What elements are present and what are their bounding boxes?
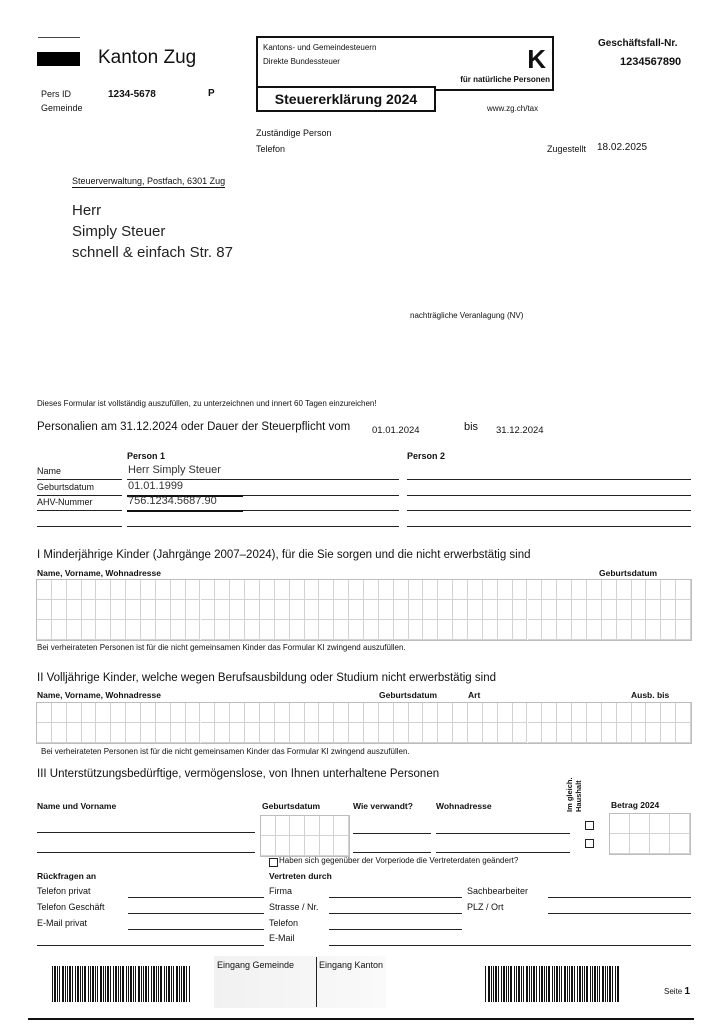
grid-cell[interactable] [230,703,245,723]
tax-type-line2: Direkte Bundessteuer [263,57,340,66]
grid-cell[interactable] [438,703,453,723]
grid-cell[interactable] [661,620,676,640]
grid-cell[interactable] [483,600,498,620]
grid-cell[interactable] [126,620,141,640]
household-checkbox-2[interactable] [585,839,594,848]
grid-cell[interactable] [587,723,602,743]
grid-cell[interactable] [453,703,468,723]
section3-address-field-1[interactable] [436,833,570,834]
grid-cell[interactable] [438,600,453,620]
grid-cell[interactable] [230,620,245,640]
grid-cell[interactable] [305,723,320,743]
grid-cell[interactable] [423,723,438,743]
grid-cell[interactable] [617,723,632,743]
grid-cell[interactable] [498,600,513,620]
grid-cell[interactable] [364,600,379,620]
grid-cell[interactable] [632,600,647,620]
grid-cell[interactable] [126,703,141,723]
grid-cell[interactable] [483,620,498,640]
email-private-field[interactable] [128,929,264,930]
grid-cell[interactable] [334,836,349,856]
grid-cell[interactable] [260,723,275,743]
grid-cell[interactable] [276,836,291,856]
grid-cell[interactable] [201,703,216,723]
grid-cell[interactable] [617,620,632,640]
representative-changed-checkbox[interactable] [269,858,278,867]
grid-cell[interactable] [334,620,349,640]
grid-cell[interactable] [290,620,305,640]
grid-cell[interactable] [394,723,409,743]
grid-cell[interactable] [468,703,483,723]
section2-children-grid[interactable] [36,702,692,744]
grid-cell[interactable] [37,723,52,743]
grid-cell[interactable] [67,620,82,640]
grid-cell[interactable] [602,703,617,723]
grid-cell[interactable] [156,600,171,620]
grid-cell[interactable] [557,600,572,620]
grid-cell[interactable] [230,600,245,620]
grid-cell[interactable] [171,703,186,723]
grid-cell[interactable] [670,814,690,834]
grid-cell[interactable] [661,703,676,723]
grid-cell[interactable] [215,600,230,620]
section3-col-relation: Wie verwandt? [353,801,413,811]
grid-cell[interactable] [111,600,126,620]
barcode-bar [72,966,73,1002]
grid-cell[interactable] [171,600,186,620]
grid-cell[interactable] [513,600,528,620]
grid-cell[interactable] [245,600,260,620]
assessment-note: nachträgliche Veranlagung (NV) [410,311,523,320]
grid-cell[interactable] [334,703,349,723]
grid-cell[interactable] [96,703,111,723]
grid-cell[interactable] [572,600,587,620]
grid-cell[interactable] [215,723,230,743]
grid-cell[interactable] [349,580,364,600]
person1-field[interactable]: 01.01.1999 [128,480,183,492]
grid-cell[interactable] [650,814,670,834]
grid-cell[interactable] [423,703,438,723]
company-field[interactable] [329,897,462,898]
grid-cell[interactable] [557,580,572,600]
grid-cell[interactable] [230,723,245,743]
grid-cell[interactable] [409,703,424,723]
grid-cell[interactable] [587,600,602,620]
grid-cell[interactable] [334,723,349,743]
grid-cell[interactable] [334,816,349,836]
grid-cell[interactable] [617,580,632,600]
barcode-bar [179,966,180,1002]
grid-cell[interactable] [37,600,52,620]
grid-cell[interactable] [245,723,260,743]
grid-cell[interactable] [364,723,379,743]
section3-address-field-2[interactable] [436,852,570,853]
grid-cell[interactable] [171,580,186,600]
grid-cell[interactable] [632,723,647,743]
grid-cell[interactable] [261,816,276,836]
grid-cell[interactable] [513,723,528,743]
grid-cell[interactable] [141,620,156,640]
grid-cell[interactable] [96,723,111,743]
grid-cell[interactable] [676,723,691,743]
grid-cell[interactable] [290,600,305,620]
grid-cell[interactable] [610,814,630,834]
person1-field[interactable]: Herr Simply Steuer [128,464,221,476]
grid-cell[interactable] [572,703,587,723]
grid-cell[interactable] [141,703,156,723]
grid-cell[interactable] [542,620,557,640]
clerk-field[interactable] [548,897,691,898]
grid-cell[interactable] [245,620,260,640]
grid-cell[interactable] [646,703,661,723]
grid-cell[interactable] [290,836,305,856]
page-number: 1 [684,986,690,997]
barcode-bar [105,966,106,1002]
grid-cell[interactable] [111,703,126,723]
grid-cell[interactable] [290,580,305,600]
grid-cell[interactable] [260,703,275,723]
grid-cell[interactable] [275,600,290,620]
pers-id-suffix: P [208,88,215,99]
grid-cell[interactable] [394,600,409,620]
grid-cell[interactable] [171,723,186,743]
grid-cell[interactable] [126,723,141,743]
barcode-bar [126,966,127,1002]
grid-cell[interactable] [513,620,528,640]
grid-cell[interactable] [602,620,617,640]
grid-cell[interactable] [409,620,424,640]
grid-cell[interactable] [572,580,587,600]
grid-cell[interactable] [632,703,647,723]
section1-title: I Minderjährige Kinder (Jahrgänge 2007–2… [37,549,531,561]
grid-cell[interactable] [438,580,453,600]
grid-cell[interactable] [394,620,409,640]
grid-cell[interactable] [483,723,498,743]
barcode-bar [82,966,83,1002]
grid-cell[interactable] [186,620,201,640]
section3-birth-grid[interactable] [260,815,350,857]
grid-cell[interactable] [67,600,82,620]
grid-cell[interactable] [453,620,468,640]
grid-cell[interactable] [468,580,483,600]
grid-cell[interactable] [52,723,67,743]
grid-cell[interactable] [557,620,572,640]
section3-relation-field-1[interactable] [353,833,431,834]
grid-cell[interactable] [334,580,349,600]
phone-private-field[interactable] [128,897,264,898]
grid-cell[interactable] [201,620,216,640]
grid-cell[interactable] [201,580,216,600]
grid-cell[interactable] [498,620,513,640]
grid-cell[interactable] [676,600,691,620]
section3-name-field-1[interactable] [37,832,255,833]
grid-cell[interactable] [438,620,453,640]
section3-name-field-2[interactable] [37,852,255,853]
grid-cell[interactable] [215,620,230,640]
grid-cell[interactable] [156,703,171,723]
grid-cell[interactable] [423,600,438,620]
grid-cell[interactable] [319,600,334,620]
phone-business-field[interactable] [128,913,264,914]
barcode-bar [176,966,178,1002]
grid-cell[interactable] [305,703,320,723]
grid-cell[interactable] [67,723,82,743]
grid-cell[interactable] [528,723,543,743]
grid-cell[interactable] [513,580,528,600]
grid-cell[interactable] [646,600,661,620]
grid-cell[interactable] [319,703,334,723]
grid-cell[interactable] [587,703,602,723]
grid-cell[interactable] [319,723,334,743]
grid-cell[interactable] [632,620,647,640]
grid-cell[interactable] [96,600,111,620]
grid-cell[interactable] [201,723,216,743]
grid-cell[interactable] [650,834,670,854]
tax-period-from[interactable]: 01.01.2024 [372,425,420,436]
grid-cell[interactable] [557,703,572,723]
person2-field[interactable] [407,510,691,511]
grid-cell[interactable] [156,620,171,640]
grid-cell[interactable] [349,620,364,640]
grid-cell[interactable] [201,600,216,620]
grid-cell[interactable] [186,580,201,600]
grid-cell[interactable] [542,723,557,743]
grid-cell[interactable] [617,600,632,620]
grid-cell[interactable] [305,816,320,836]
grid-cell[interactable] [215,580,230,600]
grid-cell[interactable] [453,723,468,743]
grid-cell[interactable] [676,620,691,640]
grid-cell[interactable] [498,723,513,743]
grid-cell[interactable] [82,620,97,640]
grid-cell[interactable] [438,723,453,743]
gemeinde-label: Gemeinde [41,103,83,113]
grid-cell[interactable] [260,620,275,640]
grid-cell[interactable] [617,703,632,723]
section3-amount-grid[interactable] [609,813,691,855]
grid-cell[interactable] [364,580,379,600]
grid-cell[interactable] [676,580,691,600]
grid-cell[interactable] [572,723,587,743]
section3-relation-field-2[interactable] [353,852,431,853]
grid-cell[interactable] [52,620,67,640]
grid-cell[interactable] [468,723,483,743]
grid-cell[interactable] [37,703,52,723]
field-emphasis-underline [127,510,243,512]
grid-cell[interactable] [676,703,691,723]
grid-cell[interactable] [646,620,661,640]
street-field[interactable] [329,913,462,914]
grid-cell[interactable] [82,703,97,723]
grid-cell[interactable] [632,580,647,600]
grid-cell[interactable] [498,580,513,600]
grid-cell[interactable] [126,580,141,600]
barcode-left [52,966,194,1002]
grid-cell[interactable] [661,600,676,620]
grid-cell[interactable] [275,703,290,723]
grid-cell[interactable] [305,620,320,640]
tax-type-box: Kantons- und Gemeindesteuern Direkte Bun… [256,36,554,91]
grid-cell[interactable] [156,580,171,600]
grid-cell[interactable] [82,600,97,620]
grid-cell[interactable] [141,723,156,743]
grid-cell[interactable] [290,703,305,723]
grid-cell[interactable] [423,580,438,600]
rep-email-label: E-Mail [269,933,295,943]
rep-email-field[interactable] [329,945,691,946]
grid-cell[interactable] [171,620,186,640]
grid-cell[interactable] [320,836,335,856]
grid-cell[interactable] [67,703,82,723]
grid-cell[interactable] [186,703,201,723]
grid-cell[interactable] [320,816,335,836]
grid-cell[interactable] [141,600,156,620]
grid-cell[interactable] [394,580,409,600]
person2-field[interactable] [407,526,691,527]
rep-phone-field[interactable] [329,929,462,930]
grid-cell[interactable] [630,814,650,834]
grid-cell[interactable] [245,580,260,600]
grid-cell[interactable] [186,723,201,743]
tax-subtitle: für natürliche Personen [460,75,550,84]
household-checkbox-1[interactable] [585,821,594,830]
grid-cell[interactable] [319,620,334,640]
grid-cell[interactable] [260,600,275,620]
grid-cell[interactable] [423,620,438,640]
grid-cell[interactable] [587,580,602,600]
grid-cell[interactable] [513,703,528,723]
grid-cell[interactable] [528,600,543,620]
person1-field[interactable]: 756.1234.5687.90 [128,495,217,507]
grid-cell[interactable] [275,723,290,743]
grid-cell[interactable] [409,723,424,743]
grid-cell[interactable] [572,620,587,640]
grid-cell[interactable] [260,580,275,600]
person2-field[interactable] [407,495,691,496]
grid-cell[interactable] [602,580,617,600]
grid-cell[interactable] [52,703,67,723]
grid-cell[interactable] [661,723,676,743]
grid-cell[interactable] [141,580,156,600]
grid-cell[interactable] [111,620,126,640]
grid-cell[interactable] [156,723,171,743]
grid-cell[interactable] [379,703,394,723]
zip-city-field[interactable] [548,913,691,914]
barcode-bar [488,966,490,1002]
grid-cell[interactable] [96,620,111,640]
grid-cell[interactable] [542,703,557,723]
grid-cell[interactable] [319,580,334,600]
grid-cell[interactable] [587,620,602,640]
grid-cell[interactable] [602,723,617,743]
grid-cell[interactable] [126,600,141,620]
barcode-bar [62,966,64,1002]
grid-cell[interactable] [230,580,245,600]
grid-cell[interactable] [245,703,260,723]
grid-cell[interactable] [646,723,661,743]
grid-cell[interactable] [610,834,630,854]
grid-cell[interactable] [305,600,320,620]
grid-cell[interactable] [409,600,424,620]
grid-cell[interactable] [82,580,97,600]
person2-field[interactable] [407,479,691,480]
grid-cell[interactable] [290,723,305,743]
grid-cell[interactable] [275,580,290,600]
grid-cell[interactable] [468,620,483,640]
grid-cell[interactable] [215,703,230,723]
grid-cell[interactable] [379,620,394,640]
grid-cell[interactable] [528,703,543,723]
grid-cell[interactable] [261,836,276,856]
grid-cell[interactable] [82,723,97,743]
grid-cell[interactable] [67,580,82,600]
grid-cell[interactable] [379,723,394,743]
person1-underline[interactable] [127,526,399,527]
barcode-bar [95,966,96,1002]
grid-cell[interactable] [483,703,498,723]
grid-cell[interactable] [111,580,126,600]
grid-cell[interactable] [364,620,379,640]
grid-cell[interactable] [37,580,52,600]
grid-cell[interactable] [528,580,543,600]
grid-cell[interactable] [379,580,394,600]
grid-cell[interactable] [305,580,320,600]
grid-cell[interactable] [334,600,349,620]
inquiries-extra-field[interactable] [37,945,264,946]
grid-cell[interactable] [453,580,468,600]
grid-cell[interactable] [670,834,690,854]
grid-cell[interactable] [542,580,557,600]
grid-cell[interactable] [661,580,676,600]
grid-cell[interactable] [379,600,394,620]
grid-cell[interactable] [453,600,468,620]
grid-cell[interactable] [37,620,52,640]
barcode-bar [156,966,157,1002]
grid-cell[interactable] [630,834,650,854]
grid-cell[interactable] [186,600,201,620]
grid-cell[interactable] [52,600,67,620]
grid-cell[interactable] [349,723,364,743]
grid-cell[interactable] [364,703,379,723]
grid-cell[interactable] [96,580,111,600]
grid-cell[interactable] [498,703,513,723]
grid-cell[interactable] [349,703,364,723]
grid-cell[interactable] [646,580,661,600]
tax-period-to[interactable]: 31.12.2024 [496,425,544,436]
section1-children-grid[interactable] [36,579,692,641]
grid-cell[interactable] [483,580,498,600]
grid-cell[interactable] [557,723,572,743]
grid-cell[interactable] [111,723,126,743]
footer-rule [28,1018,694,1020]
grid-cell[interactable] [528,620,543,640]
grid-cell[interactable] [349,600,364,620]
grid-cell[interactable] [602,600,617,620]
grid-cell[interactable] [542,600,557,620]
section3-title: III Unterstützungsbedürftige, vermögensl… [37,768,439,780]
grid-cell[interactable] [276,816,291,836]
grid-cell[interactable] [409,580,424,600]
grid-cell[interactable] [394,703,409,723]
grid-cell[interactable] [52,580,67,600]
grid-cell[interactable] [275,620,290,640]
grid-cell[interactable] [468,600,483,620]
grid-cell[interactable] [305,836,320,856]
barcode-bar [582,966,583,1002]
grid-cell[interactable] [290,816,305,836]
barcode-bar [508,966,509,1002]
represented-heading: Vertreten durch [269,871,332,881]
